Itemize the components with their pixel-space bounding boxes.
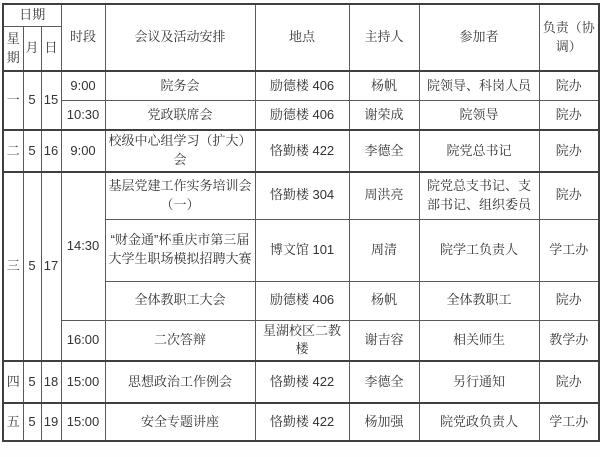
- table-row: 16:00 二次答辩 星湖校区二教楼 谢吉容 相关师生 教学办: [3, 320, 599, 361]
- table-row: 一 5 15 9:00 院务会 励德楼 406 杨帆 院领导、科岗人员 院办: [3, 71, 599, 100]
- header-responsible: 负责（协调）: [539, 4, 599, 71]
- header-host: 主持人: [349, 4, 419, 71]
- cell-responsible: 院办: [539, 281, 599, 320]
- cell-time: 14:30: [61, 172, 105, 320]
- cell-activity: 基层党建工作实务培训会（一）: [105, 172, 255, 219]
- table-row: 四 5 18 15:00 思想政治工作例会 恪勤楼 422 李德全 另行通知 院…: [3, 361, 599, 403]
- cell-weekday: 二: [3, 130, 23, 172]
- cell-time: 9:00: [61, 130, 105, 172]
- cell-time: 15:00: [61, 361, 105, 403]
- cell-responsible: 学工办: [539, 219, 599, 281]
- cell-month: 5: [23, 130, 41, 172]
- cell-weekday: 一: [3, 71, 23, 130]
- table-row: 五 5 19 15:00 安全专题讲座 恪勤楼 422 杨加强 院党政负责人 学…: [3, 403, 599, 441]
- cell-participants: 院领导: [419, 100, 539, 130]
- cell-location: 恪勤楼 422: [255, 361, 349, 403]
- cell-time: 16:00: [61, 320, 105, 361]
- cell-location: 励德楼 406: [255, 281, 349, 320]
- cell-participants: 院党政负责人: [419, 403, 539, 441]
- cell-location: 励德楼 406: [255, 100, 349, 130]
- cell-location: 励德楼 406: [255, 71, 349, 100]
- cell-responsible: 院办: [539, 71, 599, 100]
- cell-activity: 院务会: [105, 71, 255, 100]
- header-time: 时段: [61, 4, 105, 71]
- cell-host: 杨帆: [349, 71, 419, 100]
- cell-day: 18: [41, 361, 61, 403]
- cell-location: 星湖校区二教楼: [255, 320, 349, 361]
- cell-host: 杨加强: [349, 403, 419, 441]
- table-row: 三 5 17 14:30 基层党建工作实务培训会（一） 恪勤楼 304 周洪亮 …: [3, 172, 599, 219]
- table-header-row-top: 日期 时段 会议及活动安排 地点 主持人 参加者 负责（协调）: [3, 4, 599, 26]
- cell-weekday: 三: [3, 172, 23, 361]
- cell-activity: 全体教职工大会: [105, 281, 255, 320]
- cell-time: 9:00: [61, 71, 105, 100]
- cell-host: 李德全: [349, 361, 419, 403]
- cell-responsible: 院办: [539, 361, 599, 403]
- cell-responsible: 院办: [539, 172, 599, 219]
- cell-time: 15:00: [61, 403, 105, 441]
- cell-host: 周清: [349, 219, 419, 281]
- header-month: 月: [23, 26, 41, 71]
- cell-activity: 思想政治工作例会: [105, 361, 255, 403]
- cell-location: 博文馆 101: [255, 219, 349, 281]
- cell-host: 杨帆: [349, 281, 419, 320]
- cell-participants: 院学工负责人: [419, 219, 539, 281]
- cell-responsible: 教学办: [539, 320, 599, 361]
- page: 日期 时段 会议及活动安排 地点 主持人 参加者 负责（协调） 星期 月 日 一…: [0, 0, 600, 457]
- header-date: 日期: [3, 4, 61, 26]
- cell-activity: 安全专题讲座: [105, 403, 255, 441]
- cell-participants: 院领导、科岗人员: [419, 71, 539, 100]
- cell-location: 恪勤楼 422: [255, 130, 349, 172]
- cell-responsible: 院办: [539, 130, 599, 172]
- cell-participants: 相关师生: [419, 320, 539, 361]
- header-location: 地点: [255, 4, 349, 71]
- cell-month: 5: [23, 361, 41, 403]
- cell-responsible: 院办: [539, 100, 599, 130]
- cell-day: 19: [41, 403, 61, 441]
- cell-host: 谢吉容: [349, 320, 419, 361]
- cell-activity: 党政联席会: [105, 100, 255, 130]
- header-participants: 参加者: [419, 4, 539, 71]
- cell-day: 15: [41, 71, 61, 130]
- cell-host: 谢荣成: [349, 100, 419, 130]
- cell-activity: 二次答辩: [105, 320, 255, 361]
- cell-host: 周洪亮: [349, 172, 419, 219]
- header-day: 日: [41, 26, 61, 71]
- table-row: 二 5 16 9:00 校级中心组学习（扩大）会 恪勤楼 422 李德全 院党总…: [3, 130, 599, 172]
- cell-activity: 校级中心组学习（扩大）会: [105, 130, 255, 172]
- cell-location: 恪勤楼 304: [255, 172, 349, 219]
- cell-activity: “财金通”杯重庆市第三届大学生职场模拟招聘大赛: [105, 219, 255, 281]
- cell-participants: 院党总书记: [419, 130, 539, 172]
- cell-month: 5: [23, 172, 41, 361]
- cell-day: 16: [41, 130, 61, 172]
- cell-time: 10:30: [61, 100, 105, 130]
- cell-weekday: 四: [3, 361, 23, 403]
- cell-month: 5: [23, 403, 41, 441]
- cell-host: 李德全: [349, 130, 419, 172]
- cell-day: 17: [41, 172, 61, 361]
- cell-month: 5: [23, 71, 41, 130]
- cell-location: 恪勤楼 422: [255, 403, 349, 441]
- cell-participants: 院党总支书记、支部书记、组织委员: [419, 172, 539, 219]
- header-weekday: 星期: [3, 26, 23, 71]
- cell-responsible: 学工办: [539, 403, 599, 441]
- header-activity: 会议及活动安排: [105, 4, 255, 71]
- cell-participants: 全体教职工: [419, 281, 539, 320]
- cell-participants: 另行通知: [419, 361, 539, 403]
- table-row: 10:30 党政联席会 励德楼 406 谢荣成 院领导 院办: [3, 100, 599, 130]
- schedule-table: 日期 时段 会议及活动安排 地点 主持人 参加者 负责（协调） 星期 月 日 一…: [2, 3, 600, 442]
- cell-weekday: 五: [3, 403, 23, 441]
